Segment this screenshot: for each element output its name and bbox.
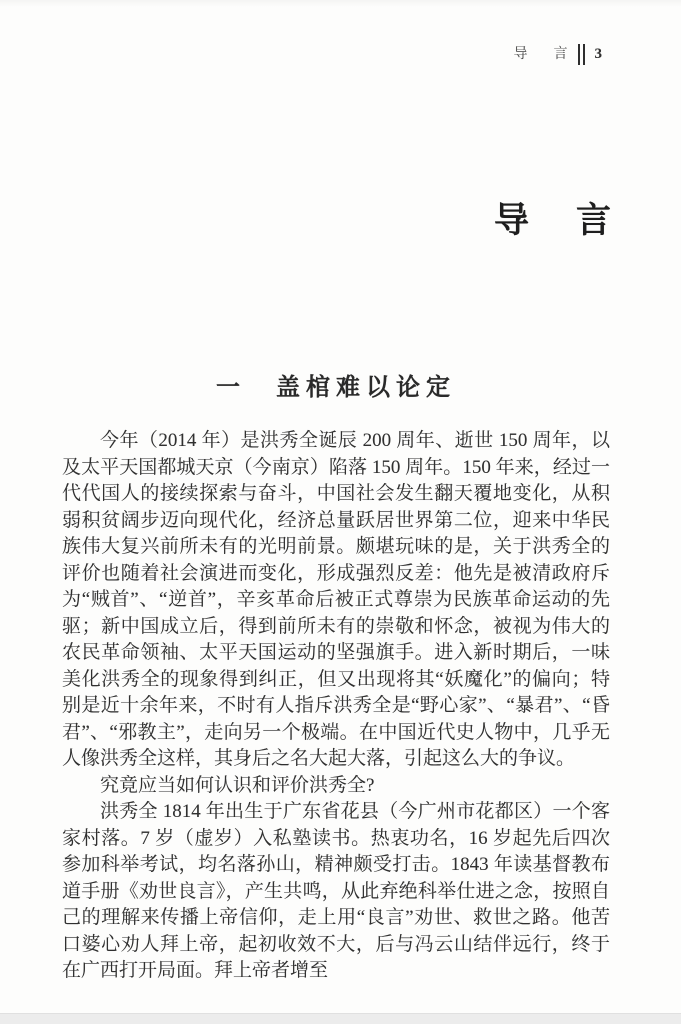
double-bar-divider-icon xyxy=(578,44,585,65)
scan-top-shadow xyxy=(0,0,681,7)
running-header-chapter-char: 言 xyxy=(554,48,568,62)
running-header-chapter-char: 导 xyxy=(514,48,528,62)
running-header: 导 言 3 xyxy=(514,44,603,65)
scan-bottom-edge xyxy=(0,1013,681,1024)
paragraph: 今年（2014 年）是洪秀全诞辰 200 周年、逝世 150 周年，以及太平天国… xyxy=(62,428,610,773)
paragraph: 究竟应当如何认识和评价洪秀全? xyxy=(62,773,610,800)
book-page: 导 言 3 导 言 一 盖棺难以论定 今年（2014 年）是洪秀全诞辰 200 … xyxy=(0,0,681,1024)
section-heading: 一 盖棺难以论定 xyxy=(62,374,610,403)
body-text-block: 今年（2014 年）是洪秀全诞辰 200 周年、逝世 150 周年，以及太平天国… xyxy=(62,428,610,985)
page-number: 3 xyxy=(595,47,603,62)
paragraph: 洪秀全 1814 年出生于广东省花县（今广州市花都区）一个客家村落。7 岁（虚岁… xyxy=(62,799,610,985)
chapter-title: 导 言 xyxy=(494,203,617,240)
